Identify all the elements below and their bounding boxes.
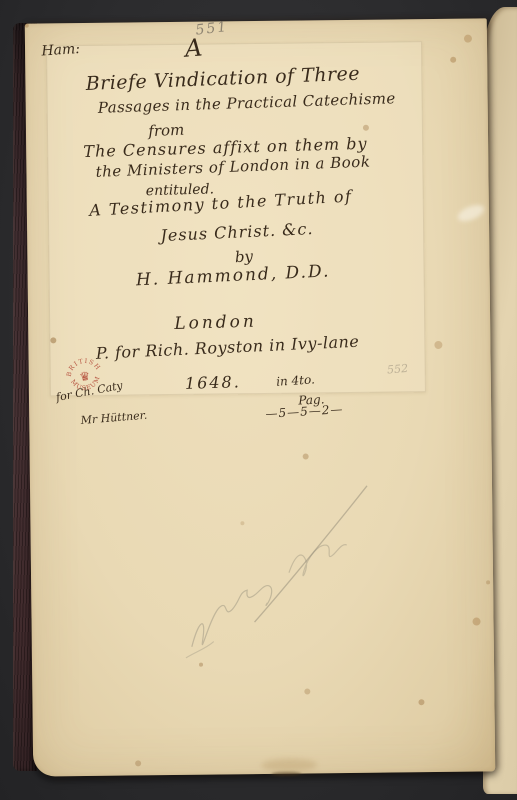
imprint-year: 1648.: [185, 372, 241, 393]
bottom-stain: [261, 758, 317, 772]
imprint-place: London: [174, 312, 257, 334]
title-line-10: by: [234, 247, 253, 266]
acquisition-note-2: Mr Hüttner.: [80, 409, 148, 427]
manuscript-page: Ham: 551 A Briefe Vindication of Three P…: [25, 18, 496, 776]
title-line-4: from: [148, 121, 185, 141]
pagination-value: —5—5—2—: [265, 402, 344, 421]
edge-smudge: [271, 772, 301, 776]
paper-abrasion: [455, 202, 486, 225]
imprint-format: in 4to.: [276, 372, 315, 388]
foxing-spots: [25, 24, 29, 28]
shelf-number-pencil: 552: [387, 362, 409, 377]
scanned-book-photo: Ham: 551 A Briefe Vindication of Three P…: [0, 0, 517, 800]
british-museum-stamp: BRITISH MUSEUM ♛: [61, 353, 108, 400]
corner-annotation: Ham:: [41, 41, 81, 59]
pencil-scribble: [170, 459, 412, 662]
title-line-1: A: [184, 33, 204, 62]
crown-icon: ♛: [78, 369, 91, 385]
